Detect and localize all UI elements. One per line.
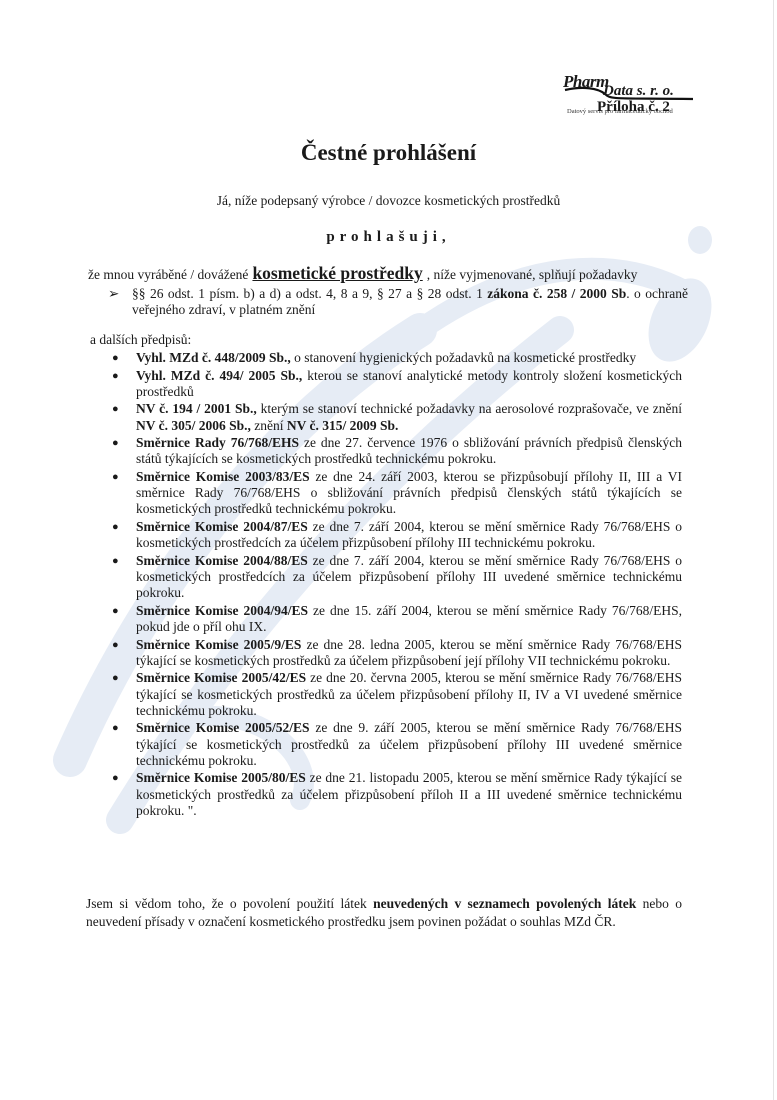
law-clause: ➢ §§ 26 odst. 1 písm. b) a d) a odst. 4,… — [108, 286, 688, 318]
annex-label: Příloha č. 2 — [597, 99, 670, 116]
regulation-item: ●Směrnice Komise 2004/88/ES ze dne 7. zá… — [112, 553, 682, 602]
regulation-reference: Směrnice Komise 2005/9/ES — [136, 637, 301, 652]
bullet-icon: ● — [112, 368, 119, 384]
closing-text-before: Jsem si vědom toho, že o povolení použit… — [86, 896, 373, 911]
regulation-reference: Směrnice Komise 2004/88/ES — [136, 553, 308, 568]
closing-emphasis: neuvedených v seznamech povolených látek — [373, 896, 636, 911]
regulation-item: ●NV č. 194 / 2001 Sb., kterým se stanoví… — [112, 401, 682, 433]
regulation-description: o stanovení hygienických požadavků na ko… — [291, 350, 636, 365]
regulation-description: znění — [254, 418, 287, 433]
intro-text: Já, níže podepsaný výrobce / dovozce kos… — [0, 193, 777, 209]
document-title: Čestné prohlášení — [0, 140, 777, 166]
regulation-reference: Směrnice Komise 2005/52/ES — [136, 720, 310, 735]
logo-pharm-text: Pharm — [563, 72, 609, 92]
bullet-icon: ● — [112, 469, 119, 485]
regulation-item: ●Směrnice Komise 2004/94/ES ze dne 15. z… — [112, 603, 682, 635]
bullet-icon: ● — [112, 553, 119, 569]
regulation-reference: NV č. 315/ 2009 Sb. — [287, 418, 399, 433]
statement-line: že mnou vyráběné / dováženékosmetické pr… — [88, 263, 637, 284]
regulation-reference: Směrnice Komise 2005/80/ES — [136, 770, 306, 785]
regulation-item: ●Směrnice Komise 2004/87/ES ze dne 7. zá… — [112, 519, 682, 551]
regulation-reference: Vyhl. MZd č. 448/2009 Sb., — [136, 350, 291, 365]
law-reference: zákona č. 258 / 2000 Sb — [487, 286, 626, 301]
bullet-icon: ● — [112, 350, 119, 366]
declaration-word: prohlašuji, — [0, 229, 777, 246]
bullet-icon: ● — [112, 637, 119, 653]
regulation-item: ●Směrnice Komise 2003/83/ES ze dne 24. z… — [112, 469, 682, 518]
bullet-icon: ● — [112, 435, 119, 451]
regulation-item: ●Vyhl. MZd č. 448/2009 Sb., o stanovení … — [112, 350, 682, 366]
regulation-item: ●Směrnice Komise 2005/80/ES ze dne 21. l… — [112, 770, 682, 819]
bullet-icon: ● — [112, 720, 119, 736]
law-clause-text: §§ 26 odst. 1 písm. b) a d) a odst. 4, 8… — [132, 286, 688, 318]
statement-subject: kosmetické prostředky — [252, 263, 422, 283]
regulation-item: ●Směrnice Komise 2005/52/ES ze dne 9. zá… — [112, 720, 682, 769]
statement-suffix: , níže vyjmenované, splňují požadavky — [427, 267, 638, 282]
statement-prefix: že mnou vyráběné / dovážené — [88, 267, 248, 282]
regulation-reference: Směrnice Komise 2004/87/ES — [136, 519, 308, 534]
regulation-reference: Směrnice Komise 2005/42/ES — [136, 670, 306, 685]
regulation-reference: Směrnice Rady 76/768/EHS — [136, 435, 299, 450]
regulations-list: ●Vyhl. MZd č. 448/2009 Sb., o stanovení … — [112, 350, 682, 820]
bullet-icon: ● — [112, 519, 119, 535]
bullet-icon: ● — [112, 401, 119, 417]
arrow-bullet-icon: ➢ — [108, 286, 119, 302]
regulation-item: ●Směrnice Komise 2005/9/ES ze dne 28. le… — [112, 637, 682, 669]
regulation-reference: Vyhl. MZd č. 494/ 2005 Sb., — [136, 368, 302, 383]
bullet-icon: ● — [112, 603, 119, 619]
regulation-item: ●Vyhl. MZd č. 494/ 2005 Sb., kterou se s… — [112, 368, 682, 400]
regulation-reference: Směrnice Komise 2003/83/ES — [136, 469, 310, 484]
closing-paragraph: Jsem si vědom toho, že o povolení použit… — [86, 895, 682, 931]
regulation-reference: NV č. 194 / 2001 Sb., — [136, 401, 257, 416]
law-text-before: §§ 26 odst. 1 písm. b) a d) a odst. 4, 8… — [132, 286, 487, 301]
regulation-reference: NV č. 305/ 2006 Sb., — [136, 418, 254, 433]
regulation-item: ●Směrnice Komise 2005/42/ES ze dne 20. č… — [112, 670, 682, 719]
bullet-icon: ● — [112, 670, 119, 686]
bullet-icon: ● — [112, 770, 119, 786]
regulation-description: kterým se stanoví technické požadavky na… — [257, 401, 682, 416]
other-regulations-label: a dalších předpisů: — [90, 332, 191, 348]
logo-data-text: Data s. r. o. — [603, 83, 674, 100]
regulation-item: ●Směrnice Rady 76/768/EHS ze dne 27. čer… — [112, 435, 682, 467]
regulation-reference: Směrnice Komise 2004/94/ES — [136, 603, 308, 618]
